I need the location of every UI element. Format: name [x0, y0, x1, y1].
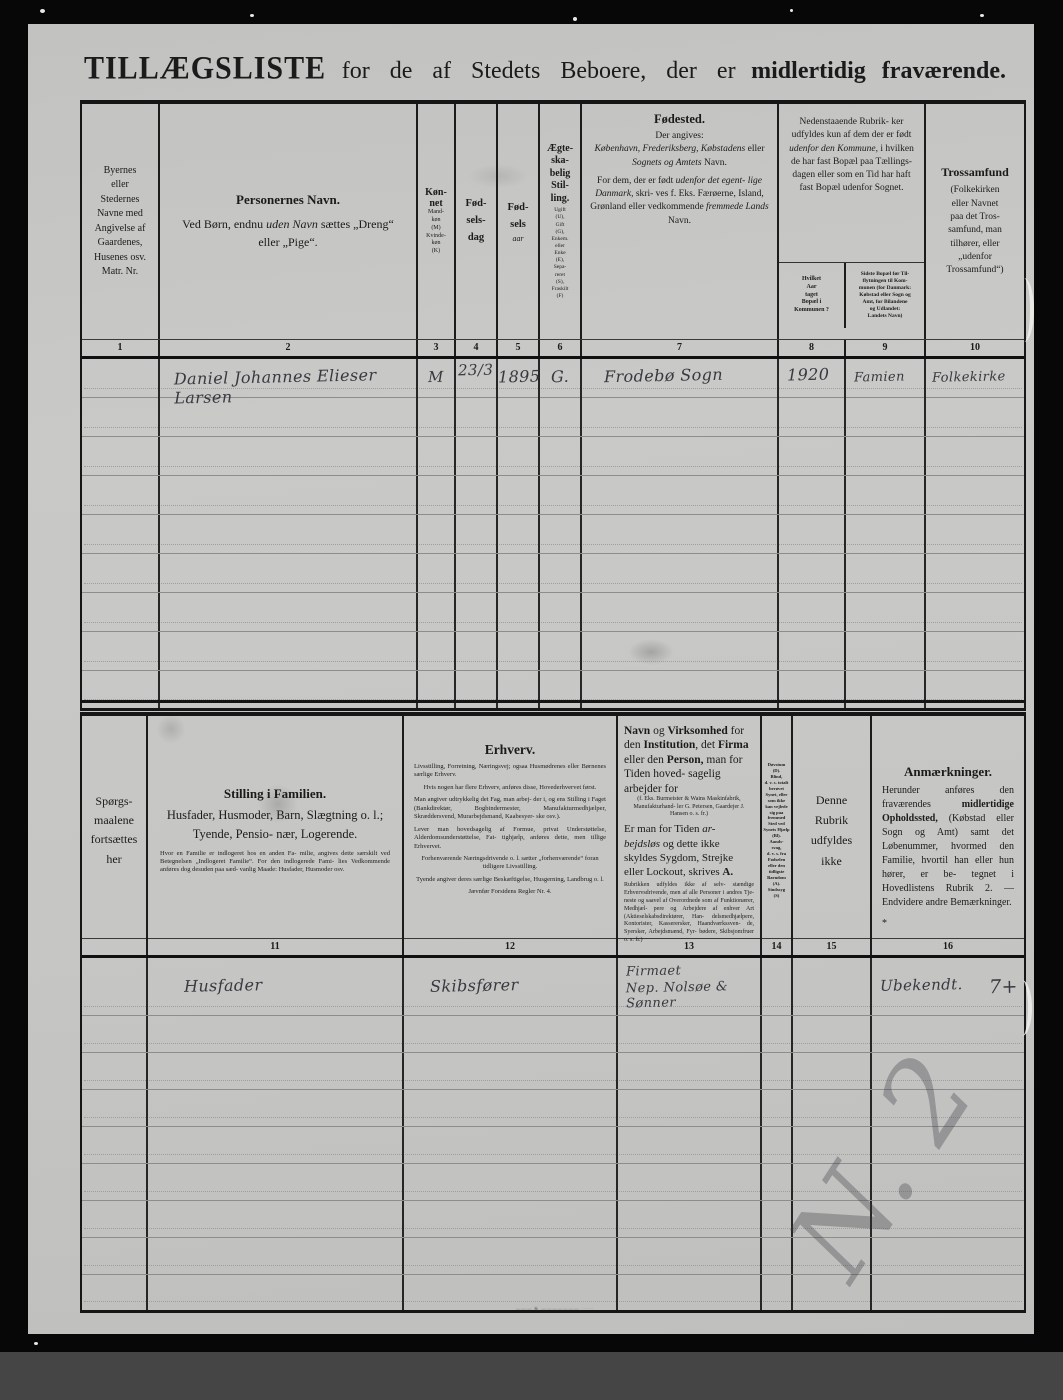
printer-imprint: ——— & ——————— ·····: [405, 1306, 705, 1311]
paper-sheet: TILLÆGSLISTE for de af Stedets Beboere, …: [28, 24, 1034, 1334]
colnum-9: 9: [846, 340, 926, 356]
table-row-entry-1: Daniel Johannes Elieser Larsen M 23/3 18…: [82, 359, 1024, 398]
table-row-empty: [82, 1238, 1024, 1275]
page-edge-highlight: [1012, 980, 1032, 1036]
dust-speck: [34, 1342, 38, 1345]
table-row-empty: [82, 1090, 1024, 1127]
table-continuation-header: Spørgs- maalene fortsættes her Stilling …: [82, 716, 1024, 938]
page-title: TILLÆGSLISTE for de af Stedets Beboere, …: [84, 52, 1006, 86]
header-col15-not-filled: Denne Rubrik udfyldes ikke: [793, 716, 872, 945]
col2-note: Ved Børn, endnu uden Navn sættes „Dreng“…: [173, 216, 403, 251]
table-row-empty: [82, 398, 1024, 437]
dust-speck: [573, 17, 577, 21]
page-title-middle: for de af Stedets Beboere, der er: [342, 58, 736, 85]
cell-remark: Ubekendt.7+: [872, 958, 1024, 1015]
colnum-4: 4: [456, 340, 498, 356]
table-row-empty: [82, 515, 1024, 554]
table-persons-column-numbers: 1 2 3 4 5 6 7 8 9 10: [82, 339, 1024, 359]
table-persons: Byernes eller Stedernes Navne med Angive…: [80, 100, 1026, 711]
page-title-end: midlertidig fraværende.: [751, 58, 1006, 85]
table-row-empty: [82, 1201, 1024, 1238]
header-col6-marital: Ægte- ska- belig Stil- ling. Ugift (U), …: [540, 104, 582, 339]
col2-heading: Personernes Navn.: [236, 192, 340, 208]
table-row-empty: [82, 1016, 1024, 1053]
dust-speck: [250, 14, 254, 17]
table-row-empty: [82, 1164, 1024, 1201]
colnum-5: 5: [498, 340, 540, 356]
colnum-7: 7: [582, 340, 779, 356]
col1-text: Byernes eller Stedernes Navne med Angive…: [94, 164, 146, 280]
scanned-census-page: { "title": { "main": "TILLÆGSLISTE", "mi…: [0, 0, 1063, 1400]
col13-unemployed-note: Er man for Tiden ar- bejdsløs og dette i…: [624, 822, 754, 879]
table-row-empty: [82, 1275, 1024, 1310]
header-col9-lastresidence: Sidste Bopæl før Til- flytningen til Kom…: [846, 263, 924, 328]
table-row-empty: [82, 554, 1024, 593]
header-col14-disabilities: Døvstum (D). Blind, d. v. s. totalt berø…: [762, 716, 793, 945]
cell-disability: [762, 958, 793, 1015]
header-col10-religion: Trossamfund (Folkekirken eller Navnet pa…: [926, 104, 1024, 339]
header-col8-9-group: Nedenstaaende Rubrik- ker udfyldes kun a…: [779, 104, 926, 339]
header-col3-sex: Køn- net Mand- køn (M) Kvinde- køn (K): [418, 104, 456, 339]
header-col5-birthyear: Fød- sels aar: [498, 104, 540, 339]
colnum-8: 8: [779, 340, 846, 356]
cell-occupation: Skibsfører: [404, 958, 618, 1015]
col8-9-note: Nedenstaaende Rubrik- ker udfyldes kun a…: [779, 104, 924, 262]
col7-p2: For dem, der er født udenfor det egent- …: [590, 175, 769, 228]
cell-employer: FirmaetNep. Nolsøe & Sønner: [618, 958, 762, 1015]
page-edge-highlight: [1014, 278, 1034, 342]
header-col7-birthplace: Fødested. Der angives:København, Frederi…: [582, 104, 779, 339]
header-col11-family-position: Stilling i Familien. Husfader, Husmoder,…: [148, 716, 404, 945]
colnum-6: 6: [540, 340, 582, 356]
table-persons-header: Byernes eller Stedernes Navne med Angive…: [82, 104, 1024, 339]
table-row-empty: [82, 476, 1024, 515]
cell-family-position: Husfader: [148, 958, 404, 1015]
col16-asterisk: *: [882, 918, 887, 929]
header-label-questions-continue: Spørgs- maalene fortsættes her: [82, 716, 148, 945]
header-col13-employer: Navn og Virksomhed for den Institution, …: [618, 716, 762, 945]
header-col1-place: Byernes eller Stedernes Navne med Angive…: [82, 104, 160, 339]
cell-not-filled: [793, 958, 872, 1015]
table-continuation: Spørgs- maalene fortsættes her Stilling …: [80, 712, 1026, 1313]
header-col4-birthday: Fød- sels- dag: [456, 104, 498, 339]
header-col12-occupation: Erhverv. Livsstilling, Forretning, Nærin…: [404, 716, 618, 945]
page-title-main: TILLÆGSLISTE: [84, 51, 326, 88]
header-col2-name: Personernes Navn. Ved Børn, endnu uden N…: [160, 104, 418, 339]
col7-p1: Der angives:København, Frederiksberg, Kø…: [590, 130, 769, 170]
col8-9-subheaders: Hvilket Aar taget Bopæl i Kommunen ? Sid…: [779, 262, 924, 328]
cell-label: [82, 958, 148, 1015]
table-row-empty: [82, 1127, 1024, 1164]
divider-rule: [80, 700, 1026, 703]
colnum-2: 2: [160, 340, 418, 356]
header-col16-remarks: Anmærkninger. Herunder anføres den fravæ…: [872, 716, 1024, 945]
table-row-empty: [82, 632, 1024, 671]
colnum-1: 1: [82, 340, 160, 356]
dust-speck: [980, 14, 984, 17]
table-row-empty: [82, 1053, 1024, 1090]
scan-bottom-band: [0, 1352, 1063, 1400]
col13-heading: Navn og Virksomhed for den Institution, …: [624, 724, 754, 796]
col16-body: Herunder anføres den fraværendes midlert…: [882, 784, 1014, 910]
table-row-entry-1-continued: Husfader Skibsfører FirmaetNep. Nolsøe &…: [82, 958, 1024, 1016]
colnum-3: 3: [418, 340, 456, 356]
table-row-empty: [82, 593, 1024, 632]
table-row-empty: [82, 437, 1024, 476]
header-col8-year: Hvilket Aar taget Bopæl i Kommunen ?: [779, 263, 846, 328]
dust-speck: [790, 9, 793, 12]
dust-speck: [40, 9, 45, 13]
colnum-10: 10: [926, 340, 1024, 356]
